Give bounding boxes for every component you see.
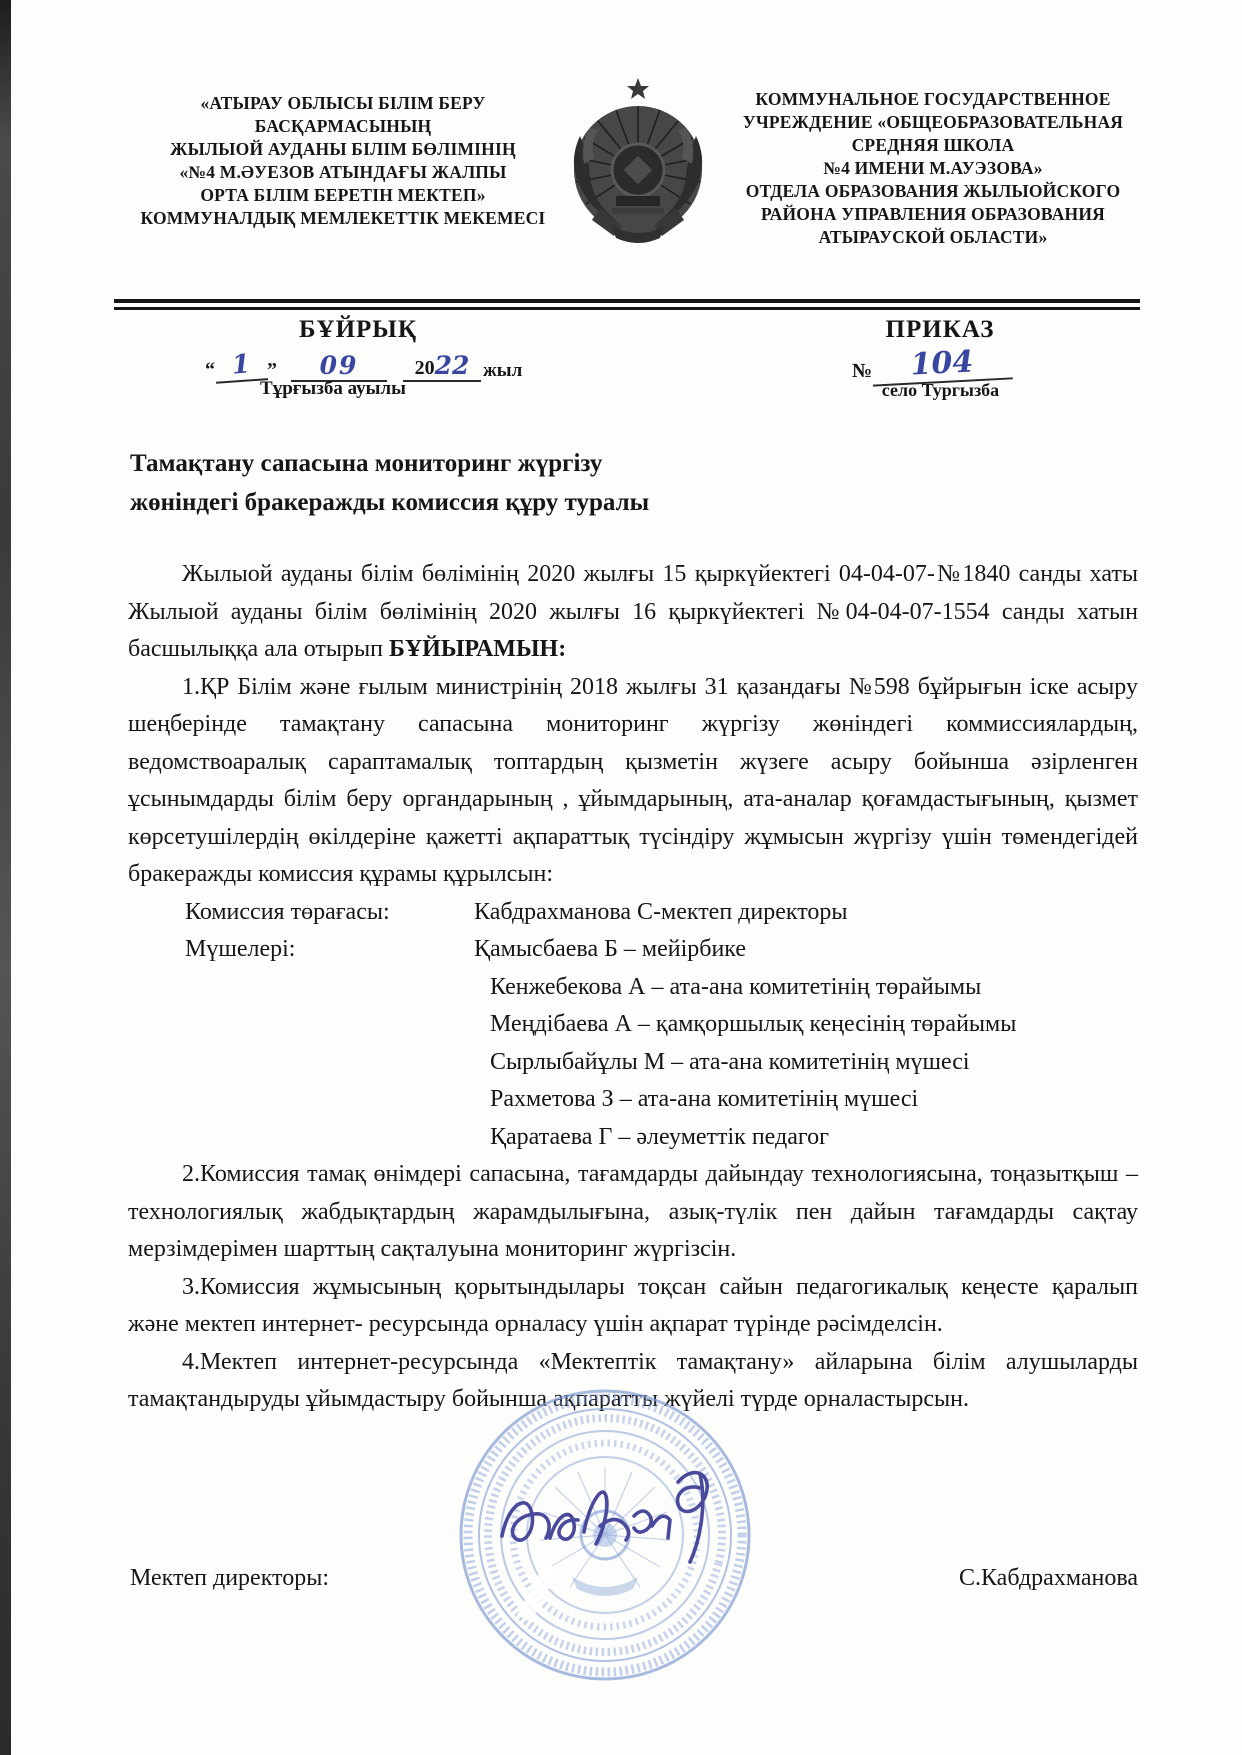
document-body: Жылыой ауданы білім бөлімінің 2020 жылғы… [128,556,1138,1419]
commission-role-label: Комиссия төрағасы: [128,894,474,932]
commission-member: Қаратаева Г – әлеуметтік педагог [490,1119,1138,1157]
order-heading-kazakh: БҰЙРЫҚ [128,316,588,344]
date-year-suffix: жыл [481,360,522,382]
commission-row: Комиссия төрағасы: Кабдрахманова С-мекте… [128,894,1138,932]
quote-open: “ [205,359,215,382]
paragraph-item3: 3.Комиссия жұмысының қорытындылары тоқса… [128,1269,1138,1344]
commission-member: Кабдрахманова С-мектеп директоры [474,894,1138,932]
document-title: Тамақтану сапасына мониторинг жүргізу жө… [130,444,830,522]
preamble-resolution-word: БҰЙЫРАМЫН: [389,636,566,662]
org-line: СРЕДНЯЯ ШКОЛА [718,134,1148,157]
org-name-russian: КОММУНАЛЬНОЕ ГОСУДАРСТВЕННОЕ УЧРЕЖДЕНИЕ … [718,88,1148,249]
commission-member: Қамысбаева Б – мейірбике [474,931,1138,969]
org-name-kazakh: «АТЫРАУ ОБЛЫСЫ БІЛІМ БЕРУ БАСҚАРМАСЫНЫҢ … [128,92,558,230]
org-line: №4 ИМЕНИ М.АУЭЗОВА» [718,157,1148,180]
org-line: АТЫРАУСКОЙ ОБЛАСТИ» [718,226,1148,249]
paragraph-preamble: Жылыой ауданы білім бөлімінің 2020 жылғы… [128,556,1138,669]
org-line: КОММУНАЛДЫҚ МЕМЛЕКЕТТІК МЕКЕМЕСІ [128,207,558,230]
org-line: РАЙОНА УПРАВЛЕНИЯ ОБРАЗОВАНИЯ [718,203,1148,226]
commission-member: Кенжебекова А – ата-ана комитетінің төра… [490,969,1138,1007]
org-line: «АТЫРАУ ОБЛЫСЫ БІЛІМ БЕРУ [128,92,558,115]
commission-role-label [128,1119,490,1157]
signature-label: Мектеп директоры: [130,1565,329,1592]
commission-row: Меңдібаева А – қамқоршылық кеңесінің төр… [128,1006,1138,1044]
commission-row: Қаратаева Г – әлеуметтік педагог [128,1119,1138,1157]
paragraph-item2: 2.Комиссия тамақ өнімдері сапасына, таға… [128,1156,1138,1269]
order-place-kazakh: Тұрғызба ауылы [218,378,448,400]
org-line: ОТДЕЛА ОБРАЗОВАНИЯ ЖЫЛЫОЙСКОГО [718,180,1148,203]
commission-list: Комиссия төрағасы: Кабдрахманова С-мекте… [128,894,1138,1157]
commission-member: Сырлыбайұлы М – ата-ана комитетінің мүше… [490,1044,1138,1082]
document-title-line1: Тамақтану сапасына мониторинг жүргізу [130,444,830,483]
order-heading-russian: ПРИКАЗ [740,316,1140,344]
commission-role-label [128,1006,490,1044]
commission-role-label [128,969,490,1007]
signature-name: С.Кабдрахманова [959,1565,1138,1592]
commission-member: Меңдібаева А – қамқоршылық кеңесінің төр… [490,1006,1138,1044]
date-year-printed: 20 [415,357,435,379]
preamble-text: Жылыой ауданы білім бөлімінің 2020 жылғы… [128,561,1138,662]
order-place-russian: село Тургызба [858,380,1023,401]
commission-role-label [128,1081,490,1119]
order-number: № 104 [852,346,1012,383]
commission-row: Кенжебекова А – ата-ана комитетінің төра… [128,969,1138,1007]
org-line: КОММУНАЛЬНОЕ ГОСУДАРСТВЕННОЕ [718,88,1148,111]
commission-role-label [128,1044,490,1082]
header-divider-rule [114,299,1140,310]
paragraph-item1: 1.ҚР Білім және ғылым министрінің 2018 ж… [128,669,1138,894]
commission-member: Рахметова З – ата-ана комитетінің мүшесі [490,1081,1138,1119]
commission-row: Сырлыбайұлы М – ата-ана комитетінің мүше… [128,1044,1138,1082]
scan-edge-shadow [0,0,11,1755]
document-title-line2: жөніндегі бракеражды комиссия құру турал… [130,483,830,522]
org-line: УЧРЕЖДЕНИЕ «ОБЩЕОБРАЗОВАТЕЛЬНАЯ [718,111,1148,134]
date-year-handwritten: 22 [435,351,470,380]
org-line: ОРТА БІЛІМ БЕРЕТІН МЕКТЕП» [128,184,558,207]
commission-row: Рахметова З – ата-ана комитетінің мүшесі [128,1081,1138,1119]
commission-role-label: Мүшелері: [128,931,474,969]
director-signature [488,1452,768,1582]
kazakhstan-emblem-icon [560,76,716,248]
org-line: БАСҚАРМАСЫНЫҢ [128,115,558,138]
org-line: ЖЫЛЫОЙ АУДАНЫ БІЛІМ БӨЛІМІНІҢ [128,138,558,161]
org-line: «№4 М.ӘУЕЗОВ АТЫНДАҒЫ ЖАЛПЫ [128,161,558,184]
commission-row: Мүшелері: Қамысбаева Б – мейірбике [128,931,1138,969]
signature-row: Мектеп директоры: С.Кабдрахманова [130,1565,1138,1592]
